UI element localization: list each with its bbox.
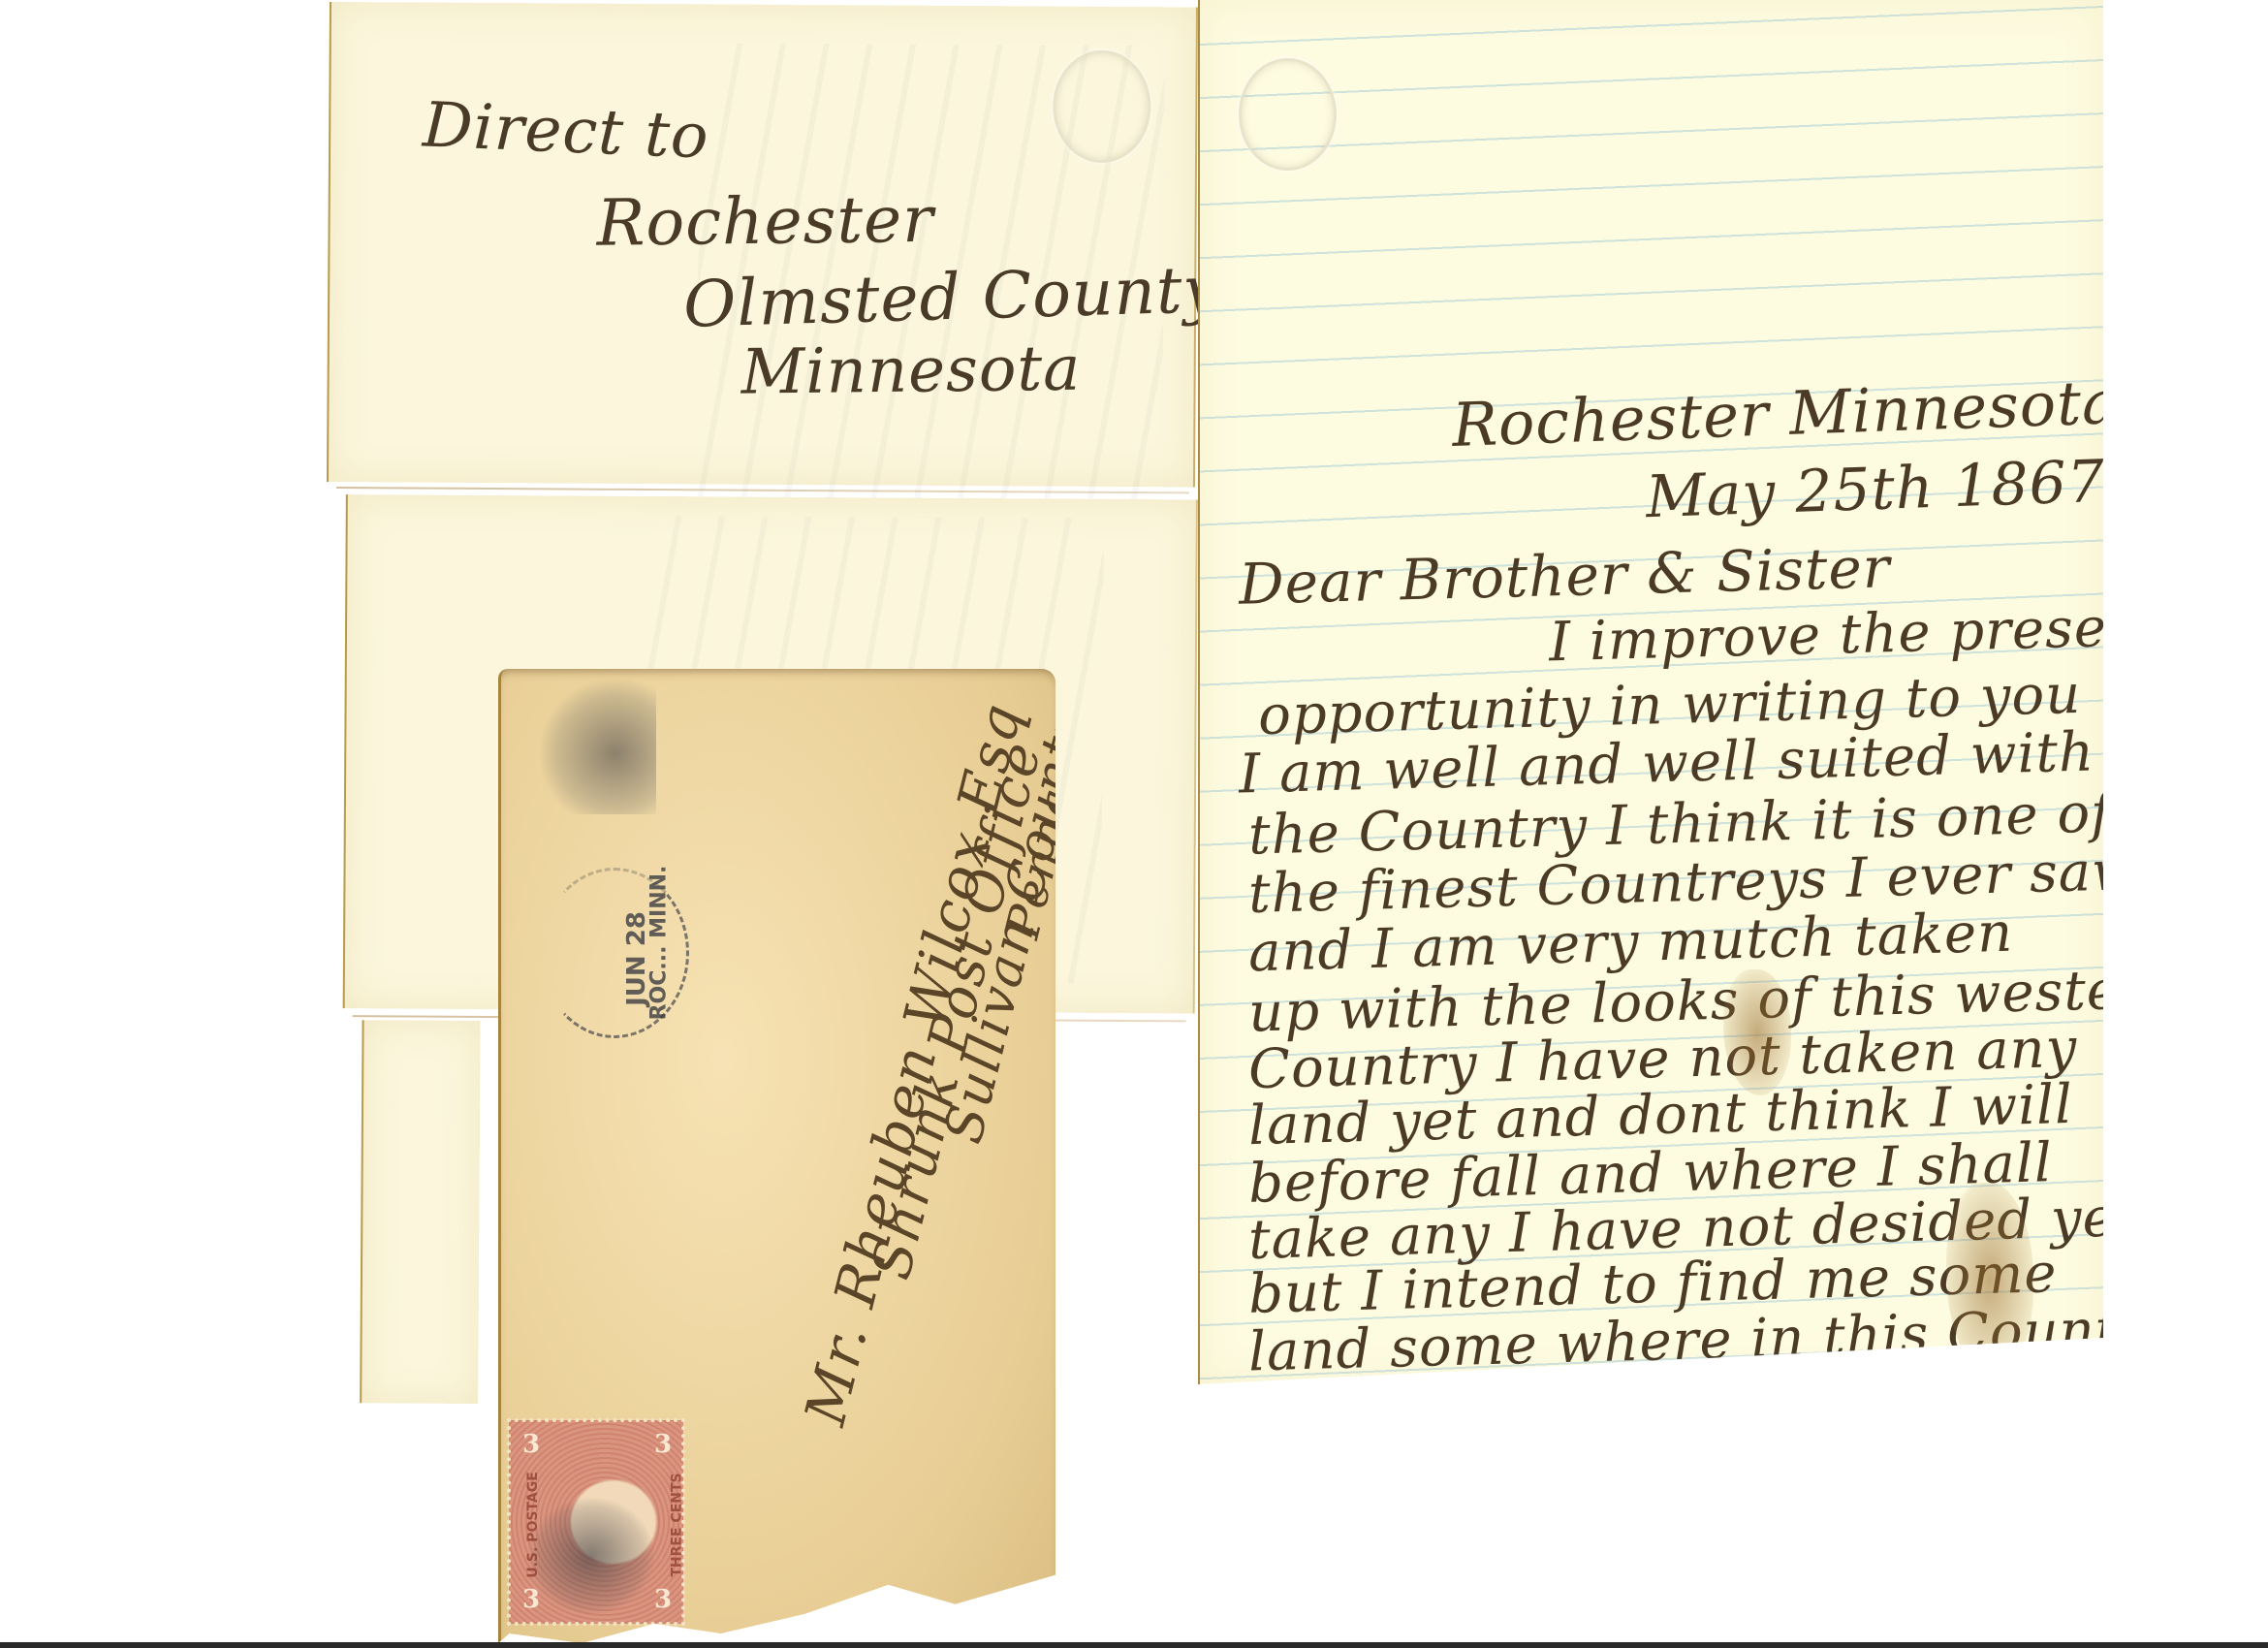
scanner-edge bbox=[0, 1642, 2268, 1648]
cancel-smudge bbox=[540, 679, 656, 814]
address-direct-to: Direct to bbox=[422, 89, 710, 173]
address-state: Minnesota bbox=[740, 333, 1081, 409]
address-leaf-top-panel: Direct to Rochester Olmsted County Minne… bbox=[327, 2, 1198, 487]
letter-page: Rochester Minnesota May 25th 1867 Dear B… bbox=[1198, 0, 2103, 1384]
postmark-date: JUN 28 bbox=[622, 911, 651, 1006]
letter-date: May 25th 1867 bbox=[1645, 448, 2106, 532]
address-city: Rochester bbox=[596, 182, 934, 261]
letter-place: Rochester Minnesota bbox=[1451, 366, 2120, 460]
embossed-seal-icon bbox=[1053, 50, 1151, 164]
stamp-value: 3 bbox=[654, 1430, 672, 1459]
envelope: ROC... MINN. JUN 28 Mr. Rheuben Wilcox E… bbox=[498, 669, 1055, 1643]
postage-stamp: 3 3 3 3 U.S. POSTAGE THREE CENTS bbox=[509, 1420, 683, 1624]
address-leaf-bottom-panel bbox=[360, 1020, 480, 1404]
stamp-right-text: THREE CENTS bbox=[670, 1473, 685, 1576]
postmark: ROC... MINN. JUN 28 bbox=[540, 868, 689, 1038]
stamp-cancellation-mark bbox=[528, 1498, 654, 1614]
water-stain bbox=[1946, 1183, 2033, 1377]
stamp-value: 3 bbox=[522, 1430, 540, 1459]
embossed-seal-icon bbox=[1239, 58, 1337, 171]
stamp-value: 3 bbox=[654, 1585, 672, 1614]
address-county: Olmsted County bbox=[682, 252, 1221, 342]
